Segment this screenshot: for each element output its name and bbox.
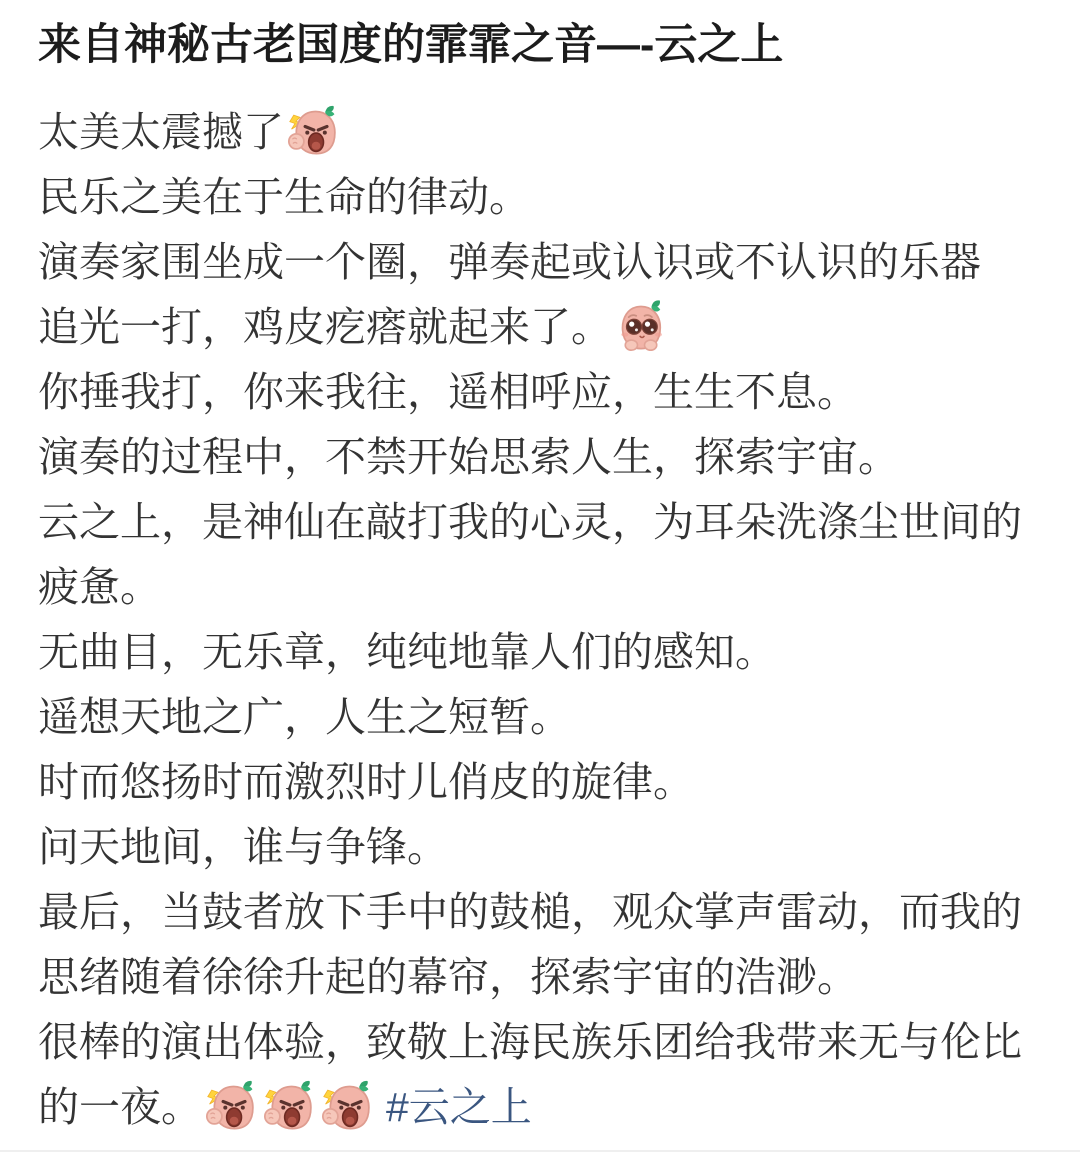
paragraph-text: 太美太震撼了 <box>38 109 284 155</box>
paragraph-text: 你捶我打，你来我往，遥相呼应，生生不息。 <box>38 369 858 415</box>
post-paragraph: 演奏的过程中，不禁开始思索人生，探索宇宙。 <box>38 425 1042 490</box>
post-paragraph: 太美太震撼了 <box>38 100 1042 165</box>
wow-shock-peach-emoji <box>261 1077 317 1133</box>
paragraph-text: 演奏家围坐成一个圈，弹奏起或认识或不认识的乐器 追光一打，鸡皮疙瘩就起来了。 <box>38 239 981 350</box>
paragraph-text: 时而悠扬时而激烈时儿俏皮的旋律。 <box>38 759 694 805</box>
paragraph-text: 演奏的过程中，不禁开始思索人生，探索宇宙。 <box>38 434 899 480</box>
wow-shock-peach-emoji <box>203 1077 259 1133</box>
post-paragraph: 云之上，是神仙在敲打我的心灵，为耳朵洗涤尘世间的 疲惫。 <box>38 490 1042 620</box>
paragraph-text: 民乐之美在于生命的律动。 <box>38 174 530 220</box>
post-paragraph: 问天地间，谁与争锋。 <box>38 815 1042 880</box>
post-paragraph: 无曲目，无乐章，纯纯地靠人们的感知。 <box>38 620 1042 685</box>
starry-eyes-peach-emoji <box>613 297 669 353</box>
paragraph-text: 最后，当鼓者放下手中的鼓槌，观众掌声雷动，而我的 思绪随着徐徐升起的幕帘，探索宇… <box>38 889 1022 1000</box>
paragraph-text: 遥想天地之广，人生之短暂。 <box>38 694 571 740</box>
wow-shock-peach-emoji <box>319 1077 375 1133</box>
bottom-divider <box>0 1150 1080 1152</box>
post-paragraph: 民乐之美在于生命的律动。 <box>38 165 1042 230</box>
post-body: 太美太震撼了民乐之美在于生命的律动。演奏家围坐成一个圈，弹奏起或认识或不认识的乐… <box>38 100 1042 1140</box>
paragraph-text: 云之上，是神仙在敲打我的心灵，为耳朵洗涤尘世间的 疲惫。 <box>38 499 1022 610</box>
post-paragraph: 最后，当鼓者放下手中的鼓槌，观众掌声雷动，而我的 思绪随着徐徐升起的幕帘，探索宇… <box>38 880 1042 1010</box>
paragraph-text: 问天地间，谁与争锋。 <box>38 824 448 870</box>
post-paragraph: 演奏家围坐成一个圈，弹奏起或认识或不认识的乐器 追光一打，鸡皮疙瘩就起来了。 <box>38 230 1042 360</box>
post-paragraph: 很棒的演出体验，致敬上海民族乐团给我带来无与伦比 的一夜。#云之上 <box>38 1010 1042 1140</box>
post-paragraph: 时而悠扬时而激烈时儿俏皮的旋律。 <box>38 750 1042 815</box>
paragraph-text: 无曲目，无乐章，纯纯地靠人们的感知。 <box>38 629 776 675</box>
post-paragraph: 你捶我打，你来我往，遥相呼应，生生不息。 <box>38 360 1042 425</box>
post-paragraph: 遥想天地之广，人生之短暂。 <box>38 685 1042 750</box>
hashtag-link[interactable]: #云之上 <box>386 1084 532 1130</box>
post-title: 来自神秘古老国度的霏霏之音—-云之上 <box>38 16 1042 74</box>
post-page: 来自神秘古老国度的霏霏之音—-云之上 太美太震撼了民乐之美在于生命的律动。演奏家… <box>0 0 1080 1164</box>
wow-shock-peach-emoji <box>285 102 341 158</box>
